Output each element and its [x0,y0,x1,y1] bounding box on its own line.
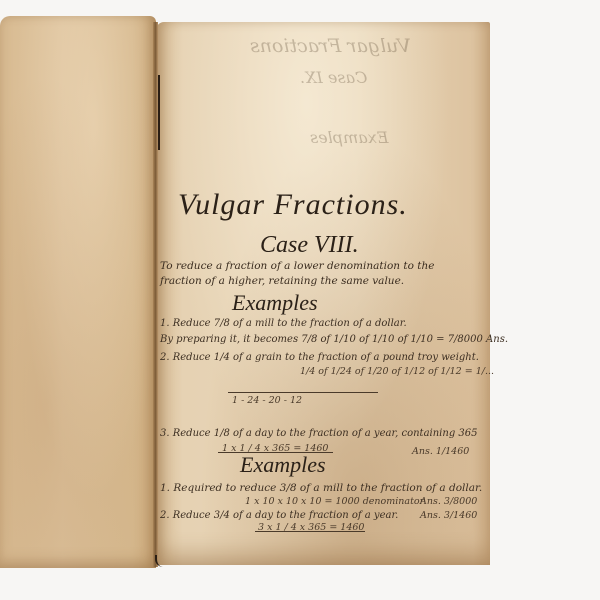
example-2-line: 2. Reduce 1/4 of a grain to the fraction… [160,352,479,363]
examples-2-working-1: 1 x 10 x 10 x 10 = 1000 denominator [245,496,424,507]
working-1: 1 - 24 - 20 - 12 [232,395,302,406]
binding-thread [158,75,160,150]
example-3-answer: Ans. 1/1460 [412,446,469,457]
bleed-through-heading: Vulgar Fractions [250,35,411,57]
examples-heading-2: Examples [240,452,326,478]
fraction-bar-4 [255,531,365,532]
example-1-working: By preparing it, it becomes 7/8 of 1/10 … [160,334,508,345]
examples-2-answer-1: Ans. 3/8000 [420,496,477,507]
example-3-line: 3. Reduce 1/8 of a day to the fraction o… [160,428,477,439]
examples-heading-1: Examples [232,290,318,316]
working-rule [228,392,378,393]
examples-2-line-1: 1. Required to reduce 3/8 of a mill to t… [160,482,482,494]
examples-2-line-2: 2. Reduce 3/4 of a day to the fraction o… [160,510,398,521]
rule-line-2: fraction of a higher, retaining the same… [160,275,404,287]
left-page [0,16,156,568]
example-2-working: 1/4 of 1/24 of 1/20 of 1/12 of 1/12 = 1/… [300,366,494,377]
case-heading: Case VIII. [260,232,359,259]
page-heading: Vulgar Fractions. [178,188,408,222]
rule-line-1: To reduce a fraction of a lower denomina… [160,260,434,272]
bleed-through-case: Case IX. [300,68,367,87]
bleed-through-examples: Examples [310,128,388,147]
examples-2-answer-2: Ans. 3/1460 [420,510,477,521]
example-1-line: 1. Reduce 7/8 of a mill to the fraction … [160,318,407,329]
